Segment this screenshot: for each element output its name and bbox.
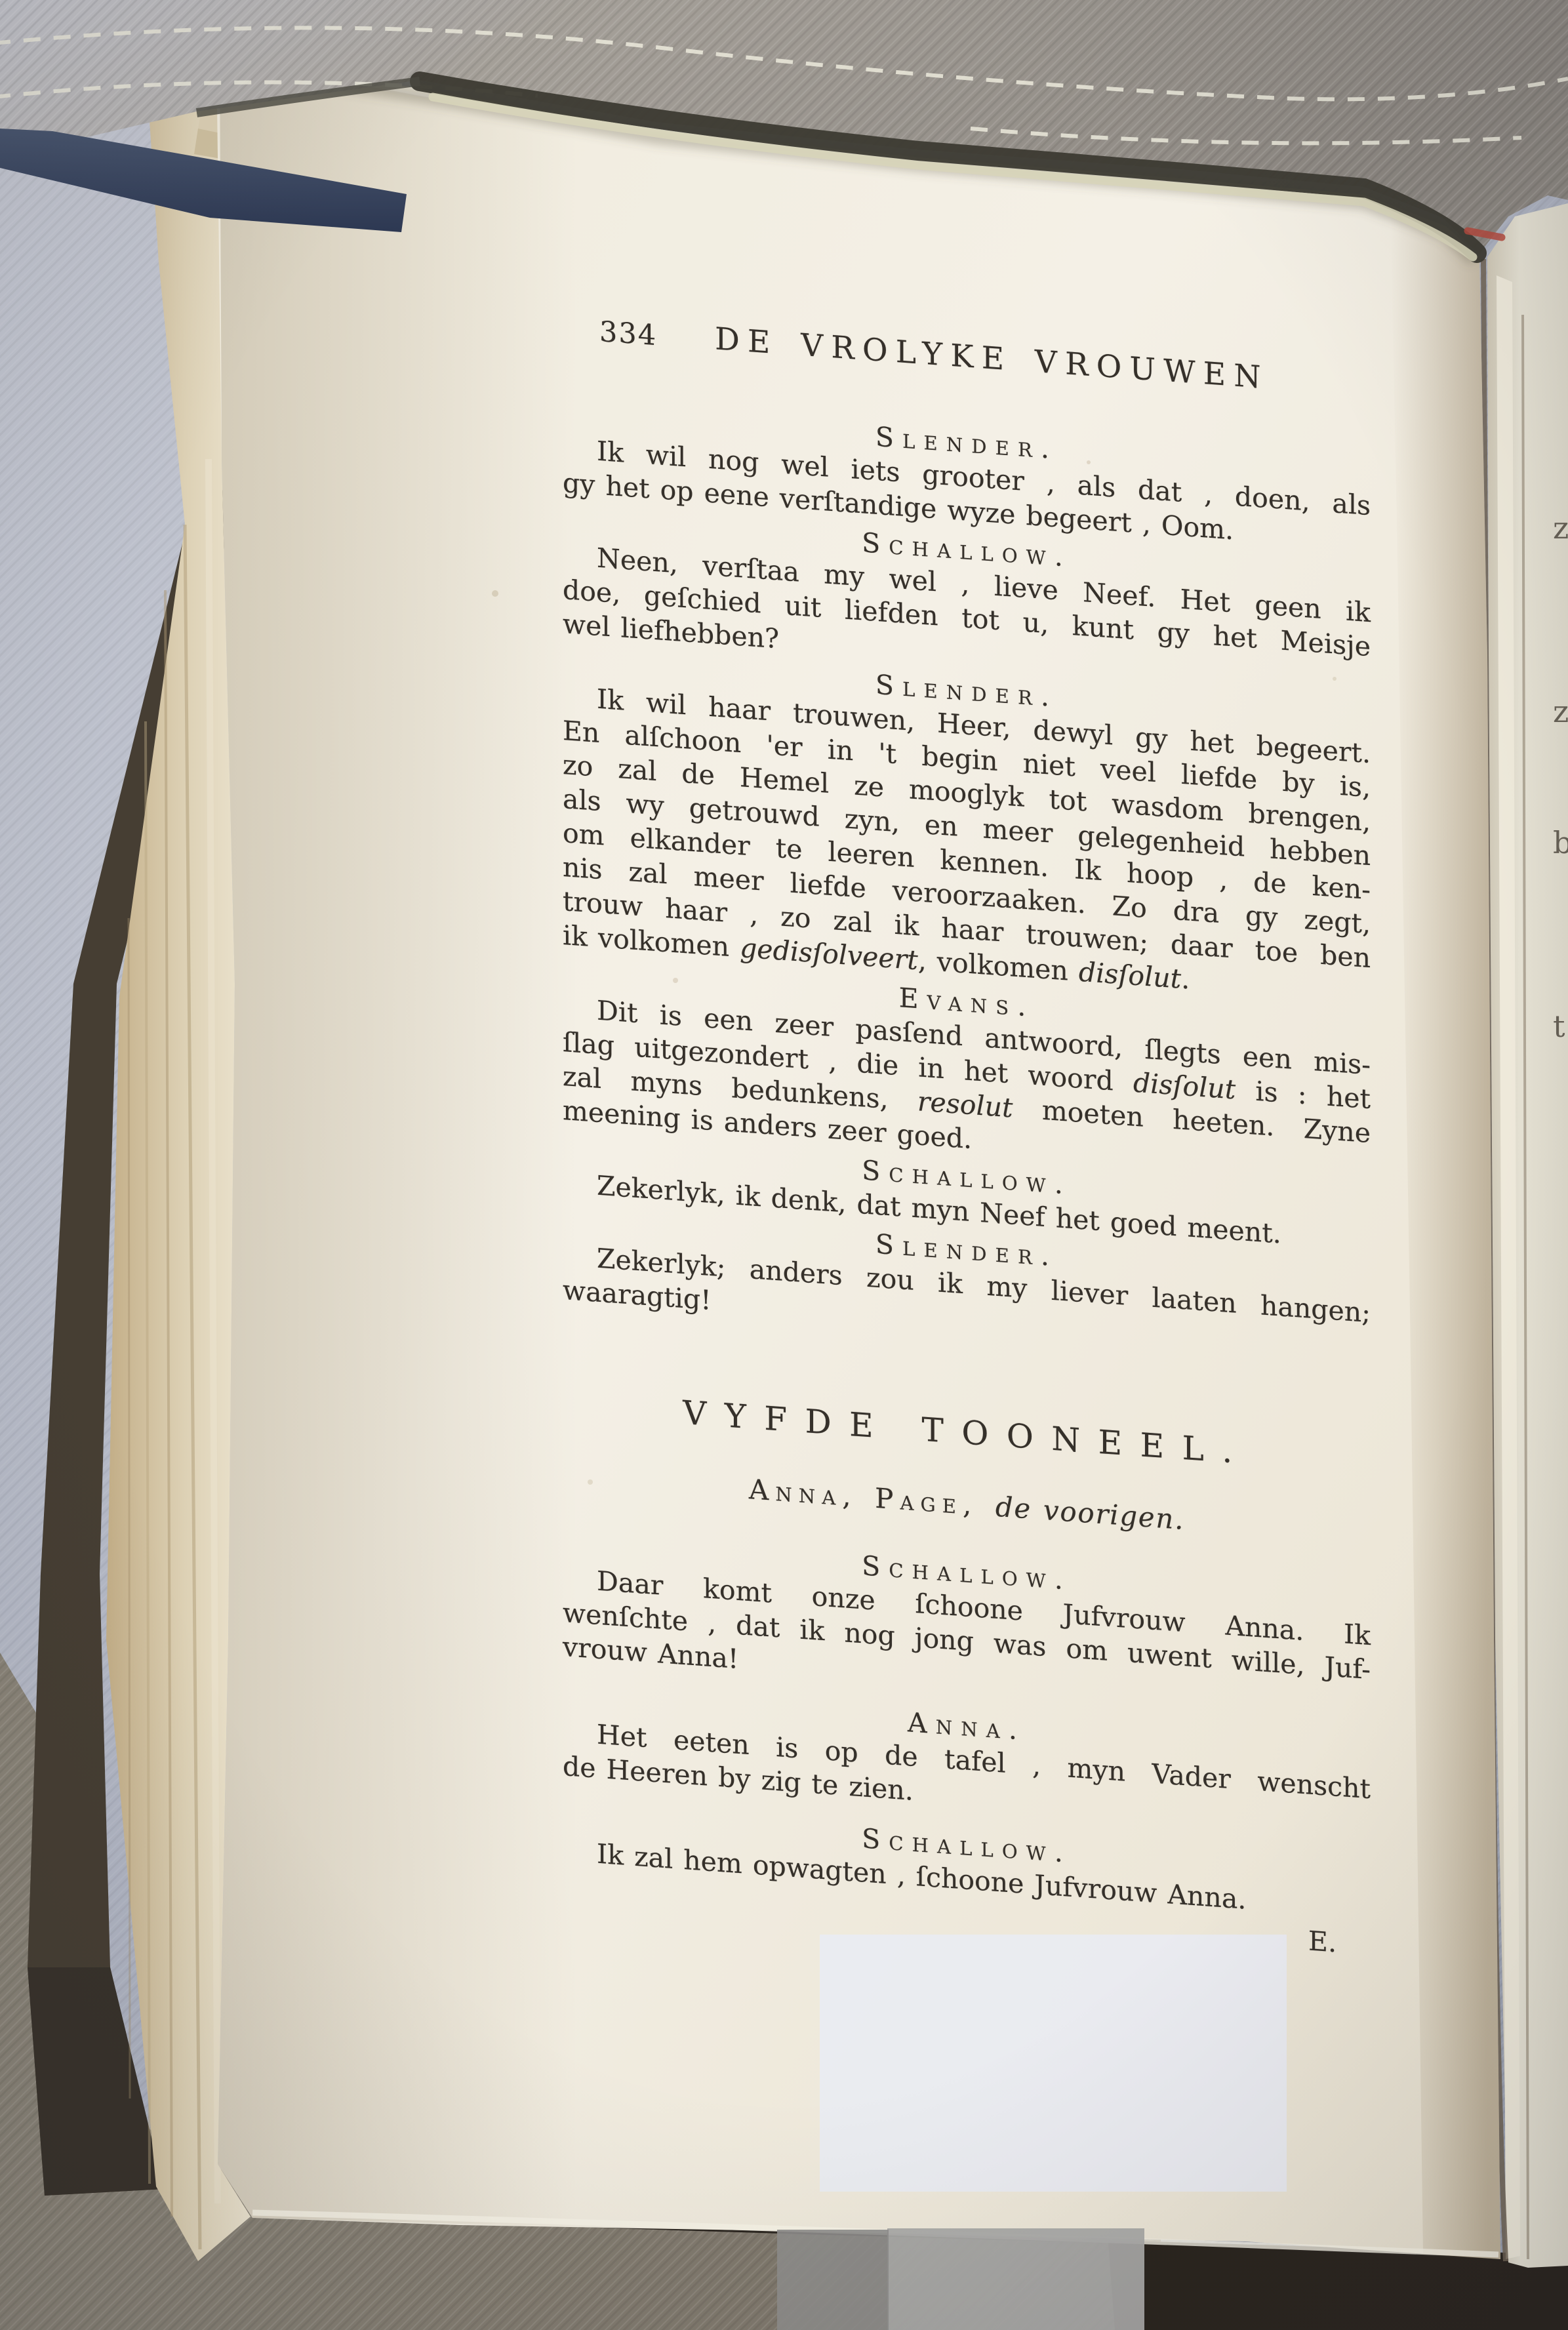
scene-heading: VYFDE TOONEEL. xyxy=(563,1387,1371,1478)
facing-page-partial-letter: z xyxy=(1553,694,1568,729)
page-text-block: 334 DE VROLYKE VROUWEN Slender.Ik wil no… xyxy=(563,311,1371,1962)
cast-names: Anna, Page, xyxy=(749,1473,995,1523)
facing-page-glyphs: zzbt xyxy=(1549,0,1568,2330)
italic-word: disſolut xyxy=(1079,956,1181,995)
text-segment: . xyxy=(1181,963,1190,995)
dialogue-part-2: Schallow.Daar komt onze ſchoone Jufvrouw… xyxy=(563,1527,1371,1925)
italic-word: disſolut xyxy=(1133,1067,1236,1106)
italic-word: resolut xyxy=(917,1085,1013,1123)
facing-page-partial-letter: b xyxy=(1553,825,1568,860)
dialogue-part-1: Slender.Ik wil nog wel iets grooter , al… xyxy=(563,397,1371,1364)
facing-page-partial-letter: z xyxy=(1553,510,1568,546)
page-number: 334 xyxy=(599,315,657,353)
photo-of-open-book: { "book_page": { "page_number": "334", "… xyxy=(0,0,1568,2330)
cast-note: de voorigen. xyxy=(995,1491,1184,1536)
facing-page-partial-letter: t xyxy=(1553,1009,1565,1044)
